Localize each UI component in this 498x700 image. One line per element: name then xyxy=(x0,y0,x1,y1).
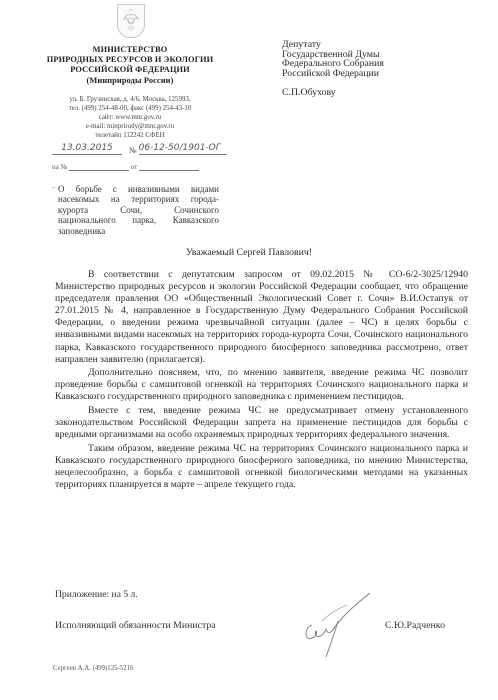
reg-number: 06-12-50/1901-ОГ xyxy=(139,143,221,153)
contact-address: ул. Б. Грузинская, д. 4/6, Москва, 12599… xyxy=(20,95,240,104)
reg-date: 13.03.2015 xyxy=(61,143,113,153)
letter-body: В соответствии с депутатским запросом от… xyxy=(55,269,468,491)
contact-phone: тел. (499) 254-48-00, факс (499) 254-43-… xyxy=(20,104,240,113)
org-line: (Минприроды России) xyxy=(20,76,240,86)
contact-email: e-mail: minprirody@mnr.gov.ru xyxy=(20,122,240,131)
executor-contact: Сергеев А.А. (499)125-5216 xyxy=(53,665,133,672)
addressee-line: Российской Федерации xyxy=(282,69,384,79)
reg-number-label: № xyxy=(129,146,137,155)
contact-website: сайт: www.mnr.gov.ru xyxy=(20,113,240,122)
body-paragraph: Таким образом, введение режима ЧС на тер… xyxy=(55,443,468,491)
signatory-name: С.Ю.Радченко xyxy=(385,620,445,631)
subject: О борьбе с инвазивными видами насекомых … xyxy=(58,184,219,236)
org-line: ПРИРОДНЫХ РЕСУРСОВ И ЭКОЛОГИИ xyxy=(20,55,240,65)
ref-date-field xyxy=(139,159,199,171)
handwritten-signature-icon xyxy=(292,585,372,665)
ref-label: на № xyxy=(52,163,67,171)
reg-number-field: 06-12-50/1901-ОГ xyxy=(139,143,227,155)
ref-number-field xyxy=(69,159,129,171)
reference-line: на № от xyxy=(52,159,199,171)
addressee: Депутату Государственной Думы Федерально… xyxy=(282,40,384,98)
ministry-contacts: ул. Б. Грузинская, д. 4/6, Москва, 12599… xyxy=(20,95,240,140)
registration-line: 13.03.2015 № 06-12-50/1901-ОГ xyxy=(52,143,227,155)
body-paragraph: Дополнительно поясняем, что, по мнению з… xyxy=(55,367,468,403)
subject-corner-mark: ⌐ xyxy=(52,183,57,192)
coat-of-arms-icon xyxy=(117,4,145,38)
ref-from-label: от xyxy=(131,163,137,171)
body-paragraph: В соответствии с депутатским запросом от… xyxy=(55,269,468,366)
greeting: Уважаемый Сергей Павлович! xyxy=(0,247,498,258)
contact-teletype: телетайп 112242 СФЕН xyxy=(20,131,240,140)
org-line: РОССИЙСКОЙ ФЕДЕРАЦИИ xyxy=(20,65,240,75)
ministry-name: МИНИСТЕРСТВО ПРИРОДНЫХ РЕСУРСОВ И ЭКОЛОГ… xyxy=(20,45,240,86)
org-line: МИНИСТЕРСТВО xyxy=(20,45,240,55)
attachment-note: Приложение: на 5 л. xyxy=(55,589,138,600)
body-paragraph: Вместе с тем, введение режима ЧС не пред… xyxy=(55,405,468,441)
reg-date-field: 13.03.2015 xyxy=(52,143,122,155)
signatory-title: Исполняющий обязанности Министра xyxy=(55,620,216,631)
addressee-name: С.П.Обухову xyxy=(282,88,384,98)
